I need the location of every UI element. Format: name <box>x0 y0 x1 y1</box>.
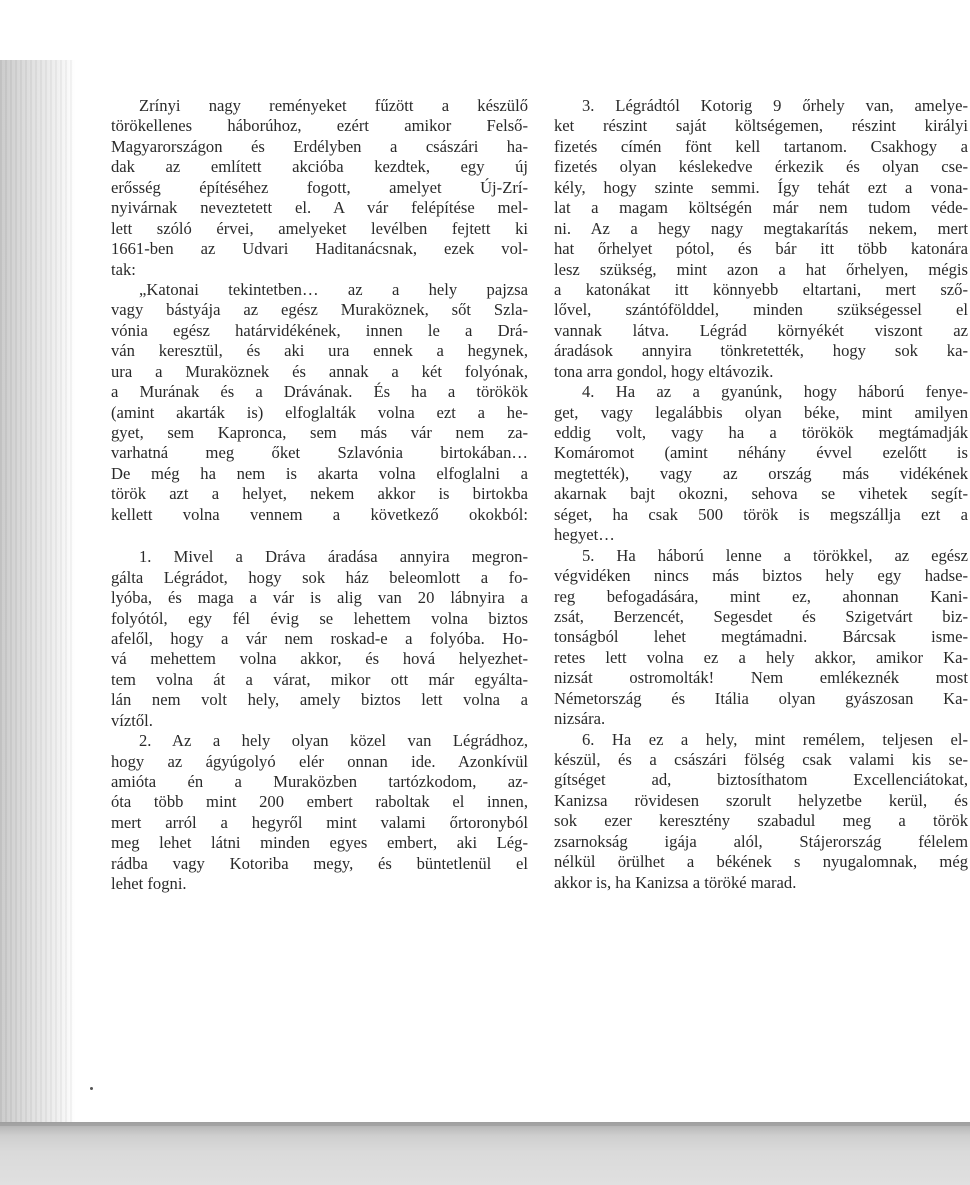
text-line: nélkül örülhet a békének s nyugalomnak, … <box>554 852 968 872</box>
text-line: retes lett volna ez a hely akkor, amikor… <box>554 648 968 668</box>
text-line: nizsára. <box>554 709 968 729</box>
text-line: akarnak bajt okozni, sehova se vihetek s… <box>554 484 968 504</box>
paragraph-point-3: 3. Légrádtól Kotorig 9 őrhely van, amely… <box>554 96 968 382</box>
text-line: lyóba, és maga a vár is alig van 20 lábn… <box>111 588 528 608</box>
text-line: zsarnokság igája alól, Stájerország féle… <box>554 832 968 852</box>
text-line: vónia egész határvidékének, innen le a D… <box>111 321 528 341</box>
text-line: reg befogadására, mint ez, ahonnan Kani- <box>554 587 968 607</box>
text-line: fizetés olyan késlekedve érkezik és olya… <box>554 157 968 177</box>
text-line: lán nem volt hely, amely biztos lett vol… <box>111 690 528 710</box>
paragraph-point-1: 1. Mivel a Dráva áradása annyira megron-… <box>111 547 528 731</box>
text-line: Komáromot (amint néhány évvel ezelőtt is <box>554 443 968 463</box>
text-line: Zrínyi nagy reményeket fűzött a készülő <box>111 96 528 116</box>
text-line: tona arra gondol, hogy eltávozik. <box>554 362 968 382</box>
text-line: folyótól, egy fél évig se lehettem volna… <box>111 609 528 629</box>
text-line: 6. Ha ez a hely, mint remélem, teljesen … <box>554 730 968 750</box>
text-line: tak: <box>111 260 528 280</box>
text-line: zsát, Berzencét, Segesdet és Szigetvárt … <box>554 607 968 627</box>
paragraph-point-5: 5. Ha háború lenne a törökkel, az egész … <box>554 546 968 730</box>
text-line: lett szóló érvei, amelyeket levélben fej… <box>111 219 528 239</box>
text-line: 5. Ha háború lenne a törökkel, az egész <box>554 546 968 566</box>
text-line: tonságból lehet megtámadni. Bárcsak isme… <box>554 627 968 647</box>
text-line: rádba vagy Kotoriba megy, és büntetlenül… <box>111 854 528 874</box>
text-line: Magyarországon és Erdélyben a császári h… <box>111 137 528 157</box>
text-line: ván keresztül, és aki ura ennek a hegyne… <box>111 341 528 361</box>
text-line: készül, és a császári fölség csak valami… <box>554 750 968 770</box>
text-line: víztől. <box>111 711 528 731</box>
text-line: 4. Ha az a gyanúnk, hogy háború fenye- <box>554 382 968 402</box>
text-line: a Murának és a Drávának. És ha a törökök <box>111 382 528 402</box>
text-line: erősség építéséhez fogott, amelyet Új-Zr… <box>111 178 528 198</box>
text-line: meg lehet látni minden egyes embert, aki… <box>111 833 528 853</box>
page-gutter-shadow <box>0 60 75 1122</box>
paragraph-point-2: 2. Az a hely olyan közel van Légrádhoz, … <box>111 731 528 895</box>
text-line: lat a magam költségén már nem tudom véde… <box>554 198 968 218</box>
text-line: lővel, szántófölddel, minden szükségesse… <box>554 300 968 320</box>
text-line: kellett volna vennem a következő okokból… <box>111 505 528 525</box>
text-line: vagy bástyája az egész Muraköznek, sőt S… <box>111 300 528 320</box>
text-line: De még ha nem is akarta volna elfoglalni… <box>111 464 528 484</box>
text-line: gálta Légrádot, hogy sok ház beleomlott … <box>111 568 528 588</box>
text-line: hegyet… <box>554 525 968 545</box>
left-column: Zrínyi nagy reményeket fűzött a készülő … <box>111 96 528 895</box>
text-line: 3. Légrádtól Kotorig 9 őrhely van, amely… <box>554 96 968 116</box>
right-column: 3. Légrádtól Kotorig 9 őrhely van, amely… <box>554 96 968 893</box>
text-line: 1661-ben az Udvari Haditanácsnak, ezek v… <box>111 239 528 259</box>
text-line: nizsát ostromolták! Nem emlékeznék most <box>554 668 968 688</box>
text-line: mert arról a hegyről mint valami őrtoron… <box>111 813 528 833</box>
text-line: Németország és Itália olyan gyászosan Ka… <box>554 689 968 709</box>
text-line: hogy az ágyúgolyó elér onnan ide. Azonkí… <box>111 752 528 772</box>
paragraph-intro: Zrínyi nagy reményeket fűzött a készülő … <box>111 96 528 280</box>
text-line: fizetés címén fönt kell tartanom. Csakho… <box>554 137 968 157</box>
text-line: amióta én a Muraközben tartózkodom, az- <box>111 772 528 792</box>
text-line: óta több mint 200 embert raboltak el inn… <box>111 792 528 812</box>
text-line: ura a Muraköznek és annak a két folyónak… <box>111 362 528 382</box>
text-line: „Katonai tekintetben… az a hely pajzsa <box>111 280 528 300</box>
text-line: tem volna át a várat, mikor ott már egyá… <box>111 670 528 690</box>
text-line: ni. Az a hegy nagy megtakarítás nekem, m… <box>554 219 968 239</box>
text-line: gítséget ad, biztosíthatom Excellenciáto… <box>554 770 968 790</box>
text-line: a katonákat itt könnyebb eltartani, mert… <box>554 280 968 300</box>
text-line: törökellenes háborúhoz, ezért amikor Fel… <box>111 116 528 136</box>
text-line: 2. Az a hely olyan közel van Légrádhoz, <box>111 731 528 751</box>
text-line: kély, hogy szinte semmi. Így tehát ezt a… <box>554 178 968 198</box>
text-line: Kanizsa rövidesen szorult helyzetbe kerü… <box>554 791 968 811</box>
text-line: gyet, sem Kapronca, sem más vár nem za- <box>111 423 528 443</box>
ink-speck <box>90 1087 93 1090</box>
text-line: sok ezer keresztény szabadul meg a török <box>554 811 968 831</box>
text-line: vannak látva. Légrád környékét viszont a… <box>554 321 968 341</box>
text-line: végvidéken nincs más biztos hely egy had… <box>554 566 968 586</box>
text-line: get, vagy legalábbis olyan béke, mint am… <box>554 403 968 423</box>
paragraph-point-6: 6. Ha ez a hely, mint remélem, teljesen … <box>554 730 968 894</box>
section-gap <box>111 525 528 547</box>
text-line: megtették), vagy az ország más vidékének <box>554 464 968 484</box>
text-line: hat őrhelyet pótol, és bár itt több kato… <box>554 239 968 259</box>
text-line: séget, ha csak 500 török is megszállja e… <box>554 505 968 525</box>
page-bottom-edge <box>0 1122 970 1185</box>
text-line: áradások annyira tönkretették, hogy sok … <box>554 341 968 361</box>
text-line: (amint akarták is) elfoglalták volna ezt… <box>111 403 528 423</box>
text-line: nyivárnak neveztetett el. A vár felépíté… <box>111 198 528 218</box>
text-line: vá mehettem volna akkor, és hová helyezh… <box>111 649 528 669</box>
text-line: varhatná meg őket Szlavónia birtokában… <box>111 443 528 463</box>
text-line: török azt a helyet, nekem akkor is birto… <box>111 484 528 504</box>
text-line: akkor is, ha Kanizsa a töröké marad. <box>554 873 968 893</box>
text-line: 1. Mivel a Dráva áradása annyira megron- <box>111 547 528 567</box>
text-line: ket részint saját költségemen, részint k… <box>554 116 968 136</box>
text-line: afelől, hogy a vár nem roskad-e a folyób… <box>111 629 528 649</box>
text-line: lesz szükség, mint azon a hat őrhelyen, … <box>554 260 968 280</box>
paragraph-point-4: 4. Ha az a gyanúnk, hogy háború fenye- g… <box>554 382 968 546</box>
text-line: eddig volt, vagy ha a törökök megtámadjá… <box>554 423 968 443</box>
paragraph-quote: „Katonai tekintetben… az a hely pajzsa v… <box>111 280 528 525</box>
text-line: dak az említett akcióba kezdtek, egy új <box>111 157 528 177</box>
text-line: lehet fogni. <box>111 874 528 894</box>
